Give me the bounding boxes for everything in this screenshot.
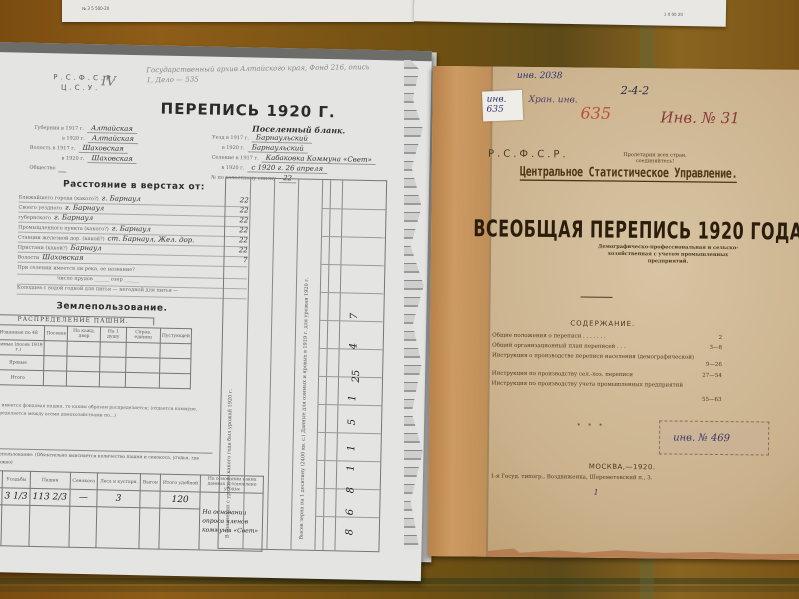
booklet-subtitle: Демографическо-профессиональная и сельск… (593, 244, 743, 267)
booklet-rsfsr: Р.С.Ф.С.Р. (488, 149, 569, 161)
sticker-side-text: Хран. инв. (529, 95, 578, 106)
archive-handwriting: Государственный архив Алтайского края, Ф… (146, 62, 376, 85)
stamp-text: инв. № 469 (673, 433, 730, 445)
crop-grid: В сравнении с урожаем какого года был ур… (217, 177, 387, 552)
field-uezd-1917: Уезд в 1917 г.Барнаульский (212, 133, 312, 143)
booklet-spine (428, 66, 491, 557)
booklet-title: ВСЕОБЩАЯ ПЕРЕПИСЬ 1920 ГОДА. (473, 214, 799, 245)
land-use-heading: Землепользование. (56, 301, 167, 313)
top-paper-left: № 3 5 500-20 (62, 0, 414, 22)
field-guberniya-1917: Губерния в 1917 г.Алтайская (34, 123, 137, 133)
distances-heading: Расстояние в верстах от: (63, 180, 205, 193)
grid-value: 1 (347, 395, 358, 402)
usage-heading: Землепользование: (Обязательно выясняетс… (0, 448, 212, 472)
grid-value: 25 (351, 370, 362, 383)
field-selenie-1920: в 1920 г.с 1920 г. 26 апреля (221, 163, 327, 173)
toc-item: Инструкция по производству сел.-хоз. пер… (492, 371, 722, 379)
grid-value: 8 (345, 487, 356, 494)
photo-scene: № 3 5 500-20 1 0 00 20 Государственный а… (0, 0, 799, 599)
publication-city: МОСКВА,—1920. (589, 463, 656, 472)
land-note: Если имеется фондовая пашня, то каким об… (0, 402, 213, 423)
sticker-text: инв.635 (486, 95, 506, 115)
form-roman-numeral: IV (101, 74, 116, 89)
paper-snippet: № 3 5 500-20 (82, 6, 109, 11)
top-paper-right: 1 0 00 20 (414, 0, 727, 27)
toc-item: Общие положения о переписи . . . . . . .… (492, 333, 722, 341)
toc-item: Общий организационный план переписей . .… (492, 343, 722, 351)
ornament: * * * (577, 423, 605, 430)
grid-value: 8 (344, 529, 355, 536)
form-title: ПЕРЕПИСЬ 1920 Г. (160, 100, 335, 122)
page-mark: 1 (593, 488, 598, 497)
booklet-torn-edge (488, 543, 799, 560)
field-obshchestvo: Общество (29, 163, 66, 172)
grid-value: 1 (346, 445, 357, 452)
table-stripe (0, 586, 799, 592)
decorative-rule (581, 297, 613, 298)
red-inventory-number: 635 (580, 104, 611, 123)
grid-value: 7 (349, 313, 360, 320)
toc-item-pages: 55—63 (492, 395, 722, 397)
shelf-code: 2-4-2 (621, 84, 650, 97)
grid-value: 5 (347, 419, 358, 426)
field-volost-1917: Волость в 1917 г.Шаховская (30, 143, 128, 153)
printer-line: 1-я Госуд. типогр., Воздвиженка, Шеремет… (491, 474, 653, 482)
grid-value: 4 (348, 343, 359, 350)
handwritten-inventory-top: инв. 2038 (517, 71, 563, 81)
census-form: Государственный архив Алтайского края, Ф… (0, 42, 432, 581)
paper-snippet: 1 0 00 20 (664, 12, 683, 17)
grid-value: 6 (345, 509, 356, 516)
land-distribution-table: Изданные по 48ПосевовНа кажд. двор На 1 … (0, 324, 192, 389)
grid-value: 1 (346, 465, 357, 472)
census-booklet: инв. 2038 инв.635 Хран. инв. 2-4-2 635 И… (428, 66, 799, 560)
booklet-slogan: Пролетарии всех стран, соединяйтесь! (610, 152, 700, 165)
toc-item: Инструкция о производстве переписи насел… (492, 353, 702, 362)
grid-caption: Высев зерна на 1 десятину (2400 кв. с.) … (299, 277, 310, 539)
field-guberniya-1920: в 1920 г.Алтайская (62, 133, 138, 143)
field-uezd-1920: в 1920 г.Барнаульский (222, 143, 308, 153)
toc-item: Инструкция по производству учета промышл… (492, 381, 702, 390)
grid-caption: В сравнении с урожаем какого года был ур… (225, 389, 234, 538)
form-csu: Ц.С.У. (61, 83, 100, 92)
inventory-mark: Инв. № 31 (660, 108, 739, 127)
contents-heading: СОДЕРЖАНИЕ. (570, 319, 635, 328)
booklet-organization: Центральное Статистическое Управление. (520, 165, 738, 183)
field-volost-1920: в 1920 г.Шаховская (62, 153, 137, 163)
